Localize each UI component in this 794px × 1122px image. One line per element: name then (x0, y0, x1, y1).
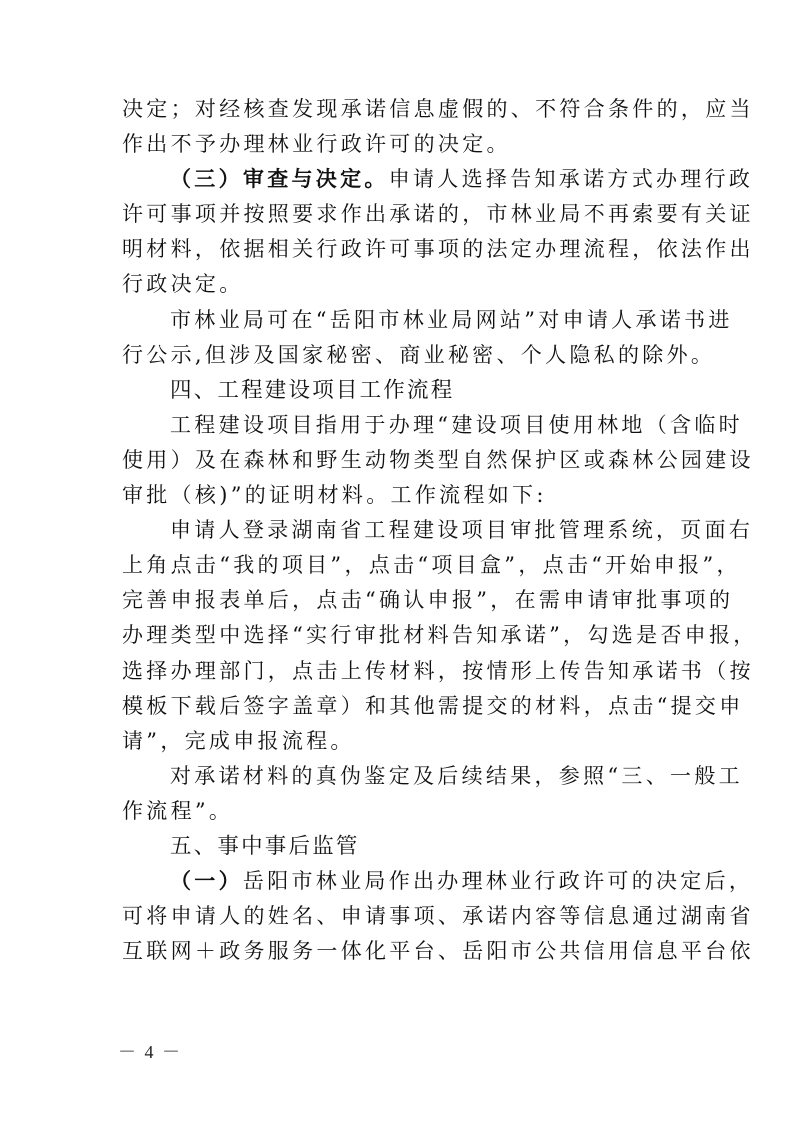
text-line: 使用）及在森林和野生动物类型自然保护区或森林公园建设 (122, 443, 672, 478)
subsection-heading: （三）审查与决定。 (170, 167, 389, 191)
text-line: 可将申请人的姓名、申请事项、承诺内容等信息通过湖南省 (122, 899, 672, 934)
text-line: 决定；对经核查发现承诺信息虚假的、不符合条件的，应当 (122, 92, 672, 127)
text-line: 市林业局可在“岳阳市林业局网站”对申请人承诺书进 (122, 303, 672, 338)
text-span: 岳阳市林业局作出办理林业行政许可的决定后， (243, 869, 753, 893)
text-line: 行公示,但涉及国家秘密、商业秘密、个人隐私的除外。 (122, 338, 672, 373)
text-line: 行政决定。 (122, 267, 672, 302)
text-line: 互联网＋政务服务一体化平台、岳阳市公共信用信息平台依 (122, 934, 672, 969)
paragraph-line-subsection-3: （三）审查与决定。申请人选择告知承诺方式办理行政 (122, 162, 672, 197)
text-line: 审批（核)”的证明材料。工作流程如下: (122, 478, 672, 513)
text-line: 作流程”。 (122, 794, 672, 829)
text-line: 明材料，依据相关行政许可事项的法定办理流程，依法作出 (122, 232, 672, 267)
text-line: 申请人登录湖南省工程建设项目审批管理系统，页面右 (122, 513, 672, 548)
text-line: 上角点击“我的项目”，点击“项目盒”，点击“开始申报”， (122, 548, 672, 583)
text-line: 请”，完成申报流程。 (122, 724, 672, 759)
section-heading-5: 五、事中事后监管 (122, 829, 672, 864)
text-line: 选择办理部门，点击上传材料，按情形上传告知承诺书（按 (122, 654, 672, 689)
section-heading-4: 四、工程建设项目工作流程 (122, 373, 672, 408)
subsection-heading: （一） (170, 869, 243, 893)
text-line: 模板下载后签字盖章）和其他需提交的材料，点击“提交申 (122, 689, 672, 724)
paragraph-line-subsection-1: （一）岳阳市林业局作出办理林业行政许可的决定后， (122, 864, 672, 899)
text-line: 办理类型中选择“实行审批材料告知承诺”，勾选是否申报， (122, 618, 672, 653)
page-number: － 4 － (118, 1038, 182, 1064)
text-span: 申请人选择告知承诺方式办理行政 (389, 167, 754, 191)
text-line: 工程建设项目指用于办理“建设项目使用林地（含临时 (122, 408, 672, 443)
text-line: 完善申报表单后，点击“确认申报”，在需申请审批事项的 (122, 583, 672, 618)
document-body: 决定；对经核查发现承诺信息虚假的、不符合条件的，应当 作出不予办理林业行政许可的… (122, 92, 672, 969)
text-line: 对承诺材料的真伪鉴定及后续结果，参照“三、一般工 (122, 759, 672, 794)
text-line: 许可事项并按照要求作出承诺的，市林业局不再索要有关证 (122, 197, 672, 232)
text-line: 作出不予办理林业行政许可的决定。 (122, 127, 672, 162)
